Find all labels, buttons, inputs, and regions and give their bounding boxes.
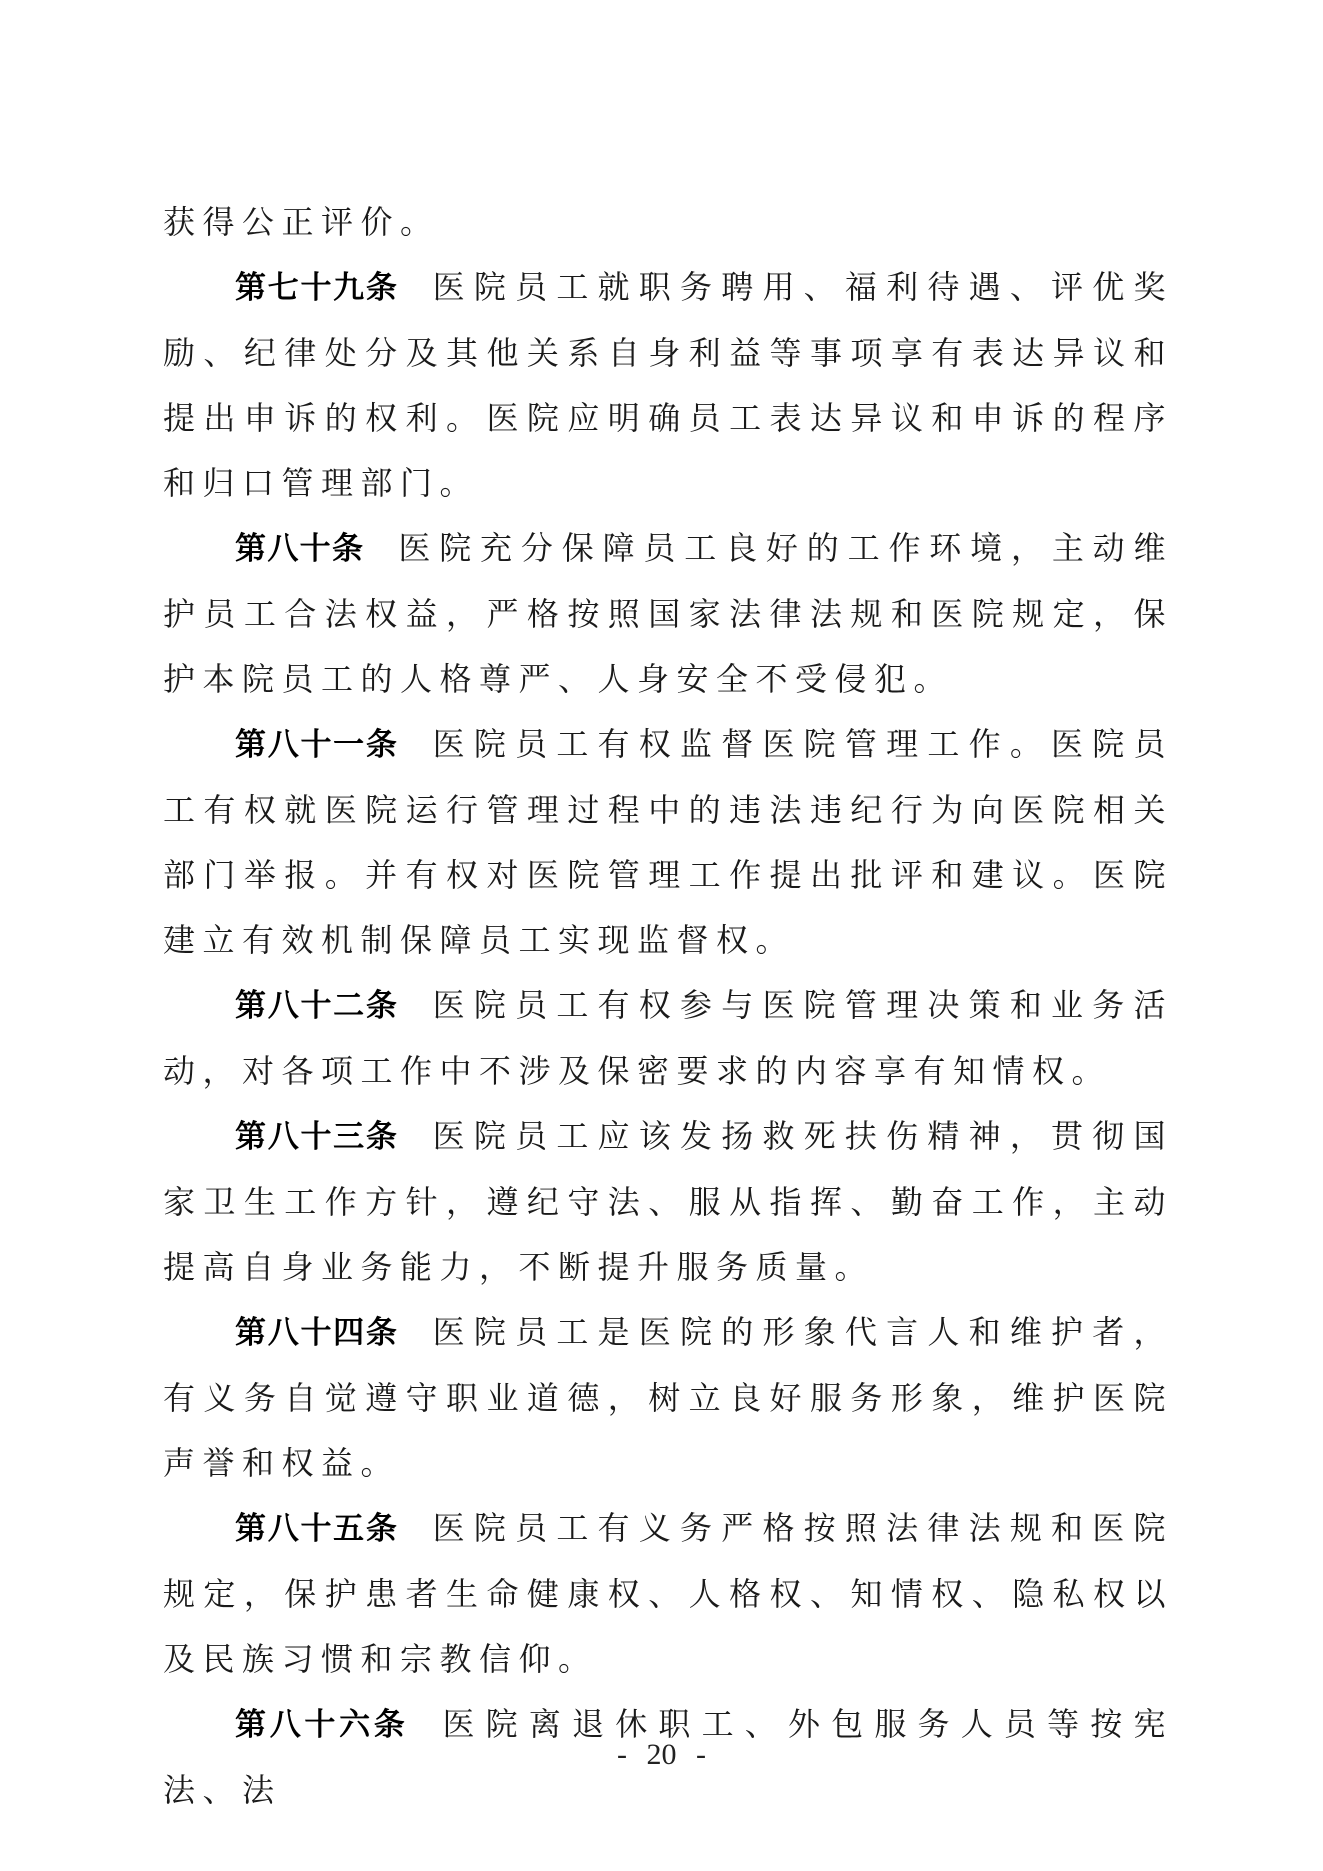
page-number: 20	[647, 1738, 677, 1771]
article-heading: 第七十九条	[235, 270, 399, 306]
page-footer: - 20 -	[0, 1738, 1323, 1772]
article-heading: 第八十条	[235, 531, 364, 567]
footer-dash-left: -	[617, 1738, 627, 1771]
article-heading: 第八十四条	[235, 1315, 399, 1351]
article-heading: 第八十五条	[235, 1511, 399, 1547]
article-heading: 第八十三条	[235, 1119, 399, 1155]
article-81: 第八十一条医院员工有权监督医院管理工作。医院员工有权就医院运行管理过程中的违法违…	[163, 712, 1173, 973]
article-heading: 第八十一条	[235, 727, 399, 763]
article-84: 第八十四条医院员工是医院的形象代言人和维护者，有义务自觉遵守职业道德，树立良好服…	[163, 1300, 1173, 1496]
paragraph-continuation: 获得公正评价。	[163, 190, 1173, 255]
article-85: 第八十五条医院员工有义务严格按照法律法规和医院规定，保护患者生命健康权、人格权、…	[163, 1496, 1173, 1692]
article-79: 第七十九条医院员工就职务聘用、福利待遇、评优奖励、纪律处分及其他关系自身利益等事…	[163, 255, 1173, 516]
article-heading: 第八十二条	[235, 988, 399, 1024]
paragraph-text: 获得公正评价。	[163, 203, 440, 241]
footer-dash-right: -	[696, 1738, 706, 1771]
article-80: 第八十条医院充分保障员工良好的工作环境，主动维护员工合法权益，严格按照国家法律法…	[163, 516, 1173, 712]
document-page: 获得公正评价。 第七十九条医院员工就职务聘用、福利待遇、评优奖励、纪律处分及其他…	[163, 190, 1173, 1823]
article-82: 第八十二条医院员工有权参与医院管理决策和业务活动，对各项工作中不涉及保密要求的内…	[163, 973, 1173, 1104]
article-83: 第八十三条医院员工应该发扬救死扶伤精神，贯彻国家卫生工作方针，遵纪守法、服从指挥…	[163, 1104, 1173, 1300]
